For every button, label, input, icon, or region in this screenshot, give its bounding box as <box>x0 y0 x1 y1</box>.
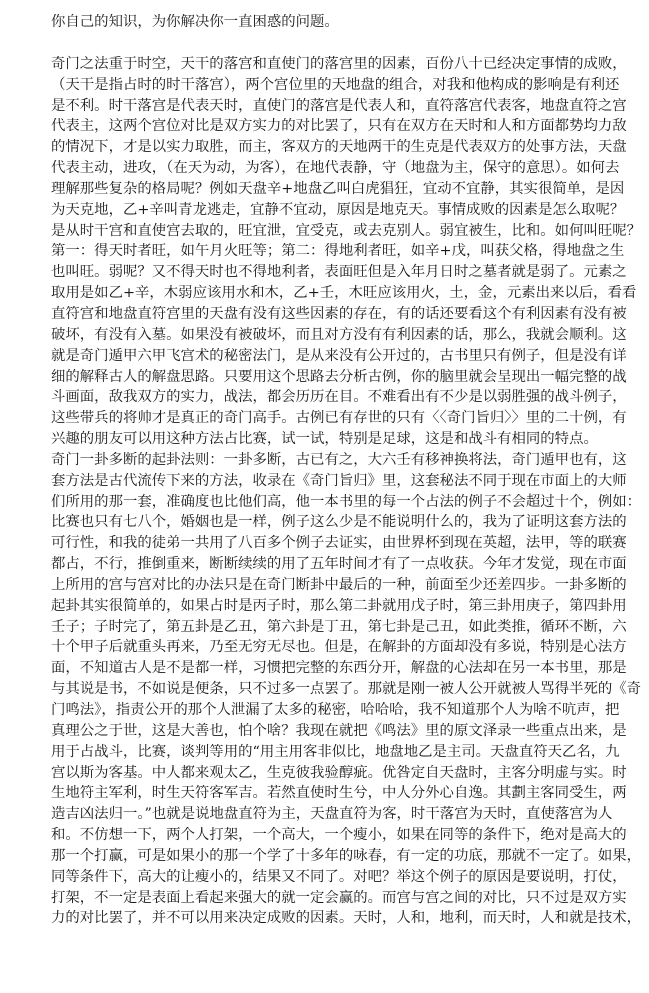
text-line: 取用是如乙+辛，木弱应该用水和木，乙+壬，木旺应该用火，土，金，元素出来以后，看… <box>51 283 603 304</box>
document-page: 你自己的知识，为你解决你一直困惑的问题。 奇门之法重于时空，天干的落宫和直使门的… <box>51 12 603 929</box>
text-line: 那一个打赢，可是如果小的那一个学了十多年的咏春，有一定的功底，那就不一定了。如果… <box>51 846 603 867</box>
text-line: 第一：得天时者旺，如午月火旺等；第二：得地利者旺，如辛+戊，叫获父格，得地盘之生 <box>51 241 603 262</box>
text-line: 为天克地，乙+辛叫青龙逃走，宜静不宜动，原因是地克天。事情成败的因素是怎么取呢？ <box>51 200 603 221</box>
intro-line: 你自己的知识，为你解决你一直困惑的问题。 <box>51 12 603 33</box>
text-line: 直符宫和地盘直符宫里的天盘有没有这些因素的存在，有的话还要看这个有利因素有没有被 <box>51 304 603 325</box>
text-line: 可行性，和我的徒弟一共用了八百多个例子去证实，由世界杯到现在英超，法甲，等的联赛 <box>51 533 603 554</box>
text-line: 兴趣的朋友可以用这种方法占比赛，试一试，特别是足球，这是和战斗有相同的特点。 <box>51 429 603 450</box>
text-line: 这些带兵的将帅才是真正的奇门高手。古例已有存世的只有〈〈奇门旨归〉〉里的二十例，… <box>51 408 603 429</box>
text-line: 细的解释古人的解盘思路。只要用这个思路去分析古例，你的脑里就会呈现出一幅完整的战 <box>51 367 603 388</box>
text-line: 门鸣法》，指责公开的那个人泄漏了太多的秘密，哈哈哈，我不知道那个人为啥不吭声，把 <box>51 700 603 721</box>
text-line: 是不利。时干落宫是代表天时，直使门的落宫是代表人和，直符落宫代表客，地盘直符之宫 <box>51 96 603 117</box>
text-line: 同等条件下，高大的让瘦小的，结果又不同了。对吧？举这个例子的原因是要说明，打仗， <box>51 867 603 888</box>
text-line: 的情况下，才是以实力取胜，而主，客双方的天地两干的生克是代表双方的处事方法，天盘 <box>51 137 603 158</box>
text-line: 斗画面，敌我双方的实力，战法，都会历历在目。不难看出有不少是以弱胜强的战斗例子， <box>51 387 603 408</box>
text-line: 真理公之于世，这是大善也，怕个啥？我现在就把《鸣法》里的原文泽录一些重点出来，是 <box>51 721 603 742</box>
text-line: 奇门一卦多断的起卦法则：一卦多断，古已有之，大六壬有移神换将法，奇门遁甲也有，这 <box>51 450 603 471</box>
text-line: 奇门之法重于时空，天干的落宫和直使门的落宫里的因素，百份八十已经决定事情的成败， <box>51 54 603 75</box>
text-line: 生地符主军利，时生天符客军吉。若然直使时生兮，中人分外心自逸。其劃主客同受生，两 <box>51 783 603 804</box>
text-line: 套方法是古代流传下来的方法，收录在《奇门旨归》里，这套秘法不同于现在市面上的大师 <box>51 471 603 492</box>
body-paragraph: 奇门之法重于时空，天干的落宫和直使门的落宫里的因素，百份八十已经决定事情的成败，… <box>51 54 603 929</box>
text-line: 与其说是书，不如说是便条，只不过多一点罢了。那就是刚一被人公开就被人骂得半死的《… <box>51 679 603 700</box>
text-line: 壬子；子时完了，第五卦是乙丑，第六卦是丁丑，第七卦是己丑，如此类推，循环不断，六 <box>51 617 603 638</box>
text-line: 们所用的那一套，准确度也比他们高，他一本书里的每一个占法的例子不会超过十个，例如… <box>51 492 603 513</box>
text-line: 也叫旺。弱呢？又不得天时也不得地利者，表面旺但是入年月日时之墓者就是弱了。元素之 <box>51 262 603 283</box>
text-line: 十个甲子后就重头再来，乃至无穷无尽也。但是，在解卦的方面却没有多说，特别是心法方 <box>51 637 603 658</box>
text-line: 就是奇门遁甲六甲飞宫术的秘密法门，是从来没有公开过的，古书里只有例子，但是没有详 <box>51 346 603 367</box>
text-line: 破坏，有没有入墓。如果没有被破坏，而且对方没有有利因素的话，那么，我就会顺利。这 <box>51 325 603 346</box>
paragraph-gap <box>51 33 603 54</box>
text-line: 力的对比罢了，并不可以用来决定成败的因素。天时，人和，地利，而天时，人和就是技术… <box>51 908 603 929</box>
text-line: 面，不知道古人是不是都一样，习惯把完整的东西分开，解盘的心法却在另一本书里，那是 <box>51 658 603 679</box>
text-line: 代表主，这两个宫位对比是双方实力的对比罢了，只有在双方在天时和人和方面都势均力敌 <box>51 116 603 137</box>
text-line: 起卦其实很简单的，如果占时是丙子时，那么第二卦就用戊子时，第三卦用庚子，第四卦用 <box>51 596 603 617</box>
text-line: 是从时干宫和直使宫去取的，旺宜泄，宜受克，或去克别人。弱宜被生，比和。如何叫旺呢… <box>51 221 603 242</box>
text-line: 打架，不一定是表面上看起来强大的就一定会赢的。而宫与宫之间的对比，只不过是双方实 <box>51 888 603 909</box>
text-line: 上所用的宫与宫对比的办法只是在奇门断卦中最后的一种，前面至少还差四步。一卦多断的 <box>51 575 603 596</box>
text-line: 和。不仿想一下，两个人打架，一个高大，一个瘦小，如果在同等的条件下，绝对是高大的 <box>51 825 603 846</box>
text-line: 用于占战斗，比赛，谈判等用的“用主用客非似比，地盘地乙是主司。天盘直符天乙名，九 <box>51 742 603 763</box>
text-line: 造吉凶法归一。”也就是说地盘直符为主，天盘直符为客，时干落宫为天时，直使落宫为人 <box>51 804 603 825</box>
text-line: 都占，不行，推倒重来，断断续续的用了五年时间才有了一点收获。今年才发觉，现在市面 <box>51 554 603 575</box>
text-line: 代表主动，进攻，（在天为动，为客），在地代表静，守（地盘为主，保守的意思）。如何… <box>51 158 603 179</box>
text-line: （天干是指占时的时干落宫），两个宫位里的天地盘的组合，对我和他构成的影响是有利还 <box>51 75 603 96</box>
text-line: 理解那些复杂的格局呢？例如天盘辛+地盘乙叫白虎猖狂，宜动不宜静，其实很简单，是因 <box>51 179 603 200</box>
text-line: 宫以斯为客基。中人都来观太乙，生克彼我验醇疵。优咎定自天盘时，主客分明虚与实。时 <box>51 763 603 784</box>
text-line: 比赛也只有七八个，婚姻也是一样，例子这么少是不能说明什么的，我为了证明这套方法的 <box>51 512 603 533</box>
